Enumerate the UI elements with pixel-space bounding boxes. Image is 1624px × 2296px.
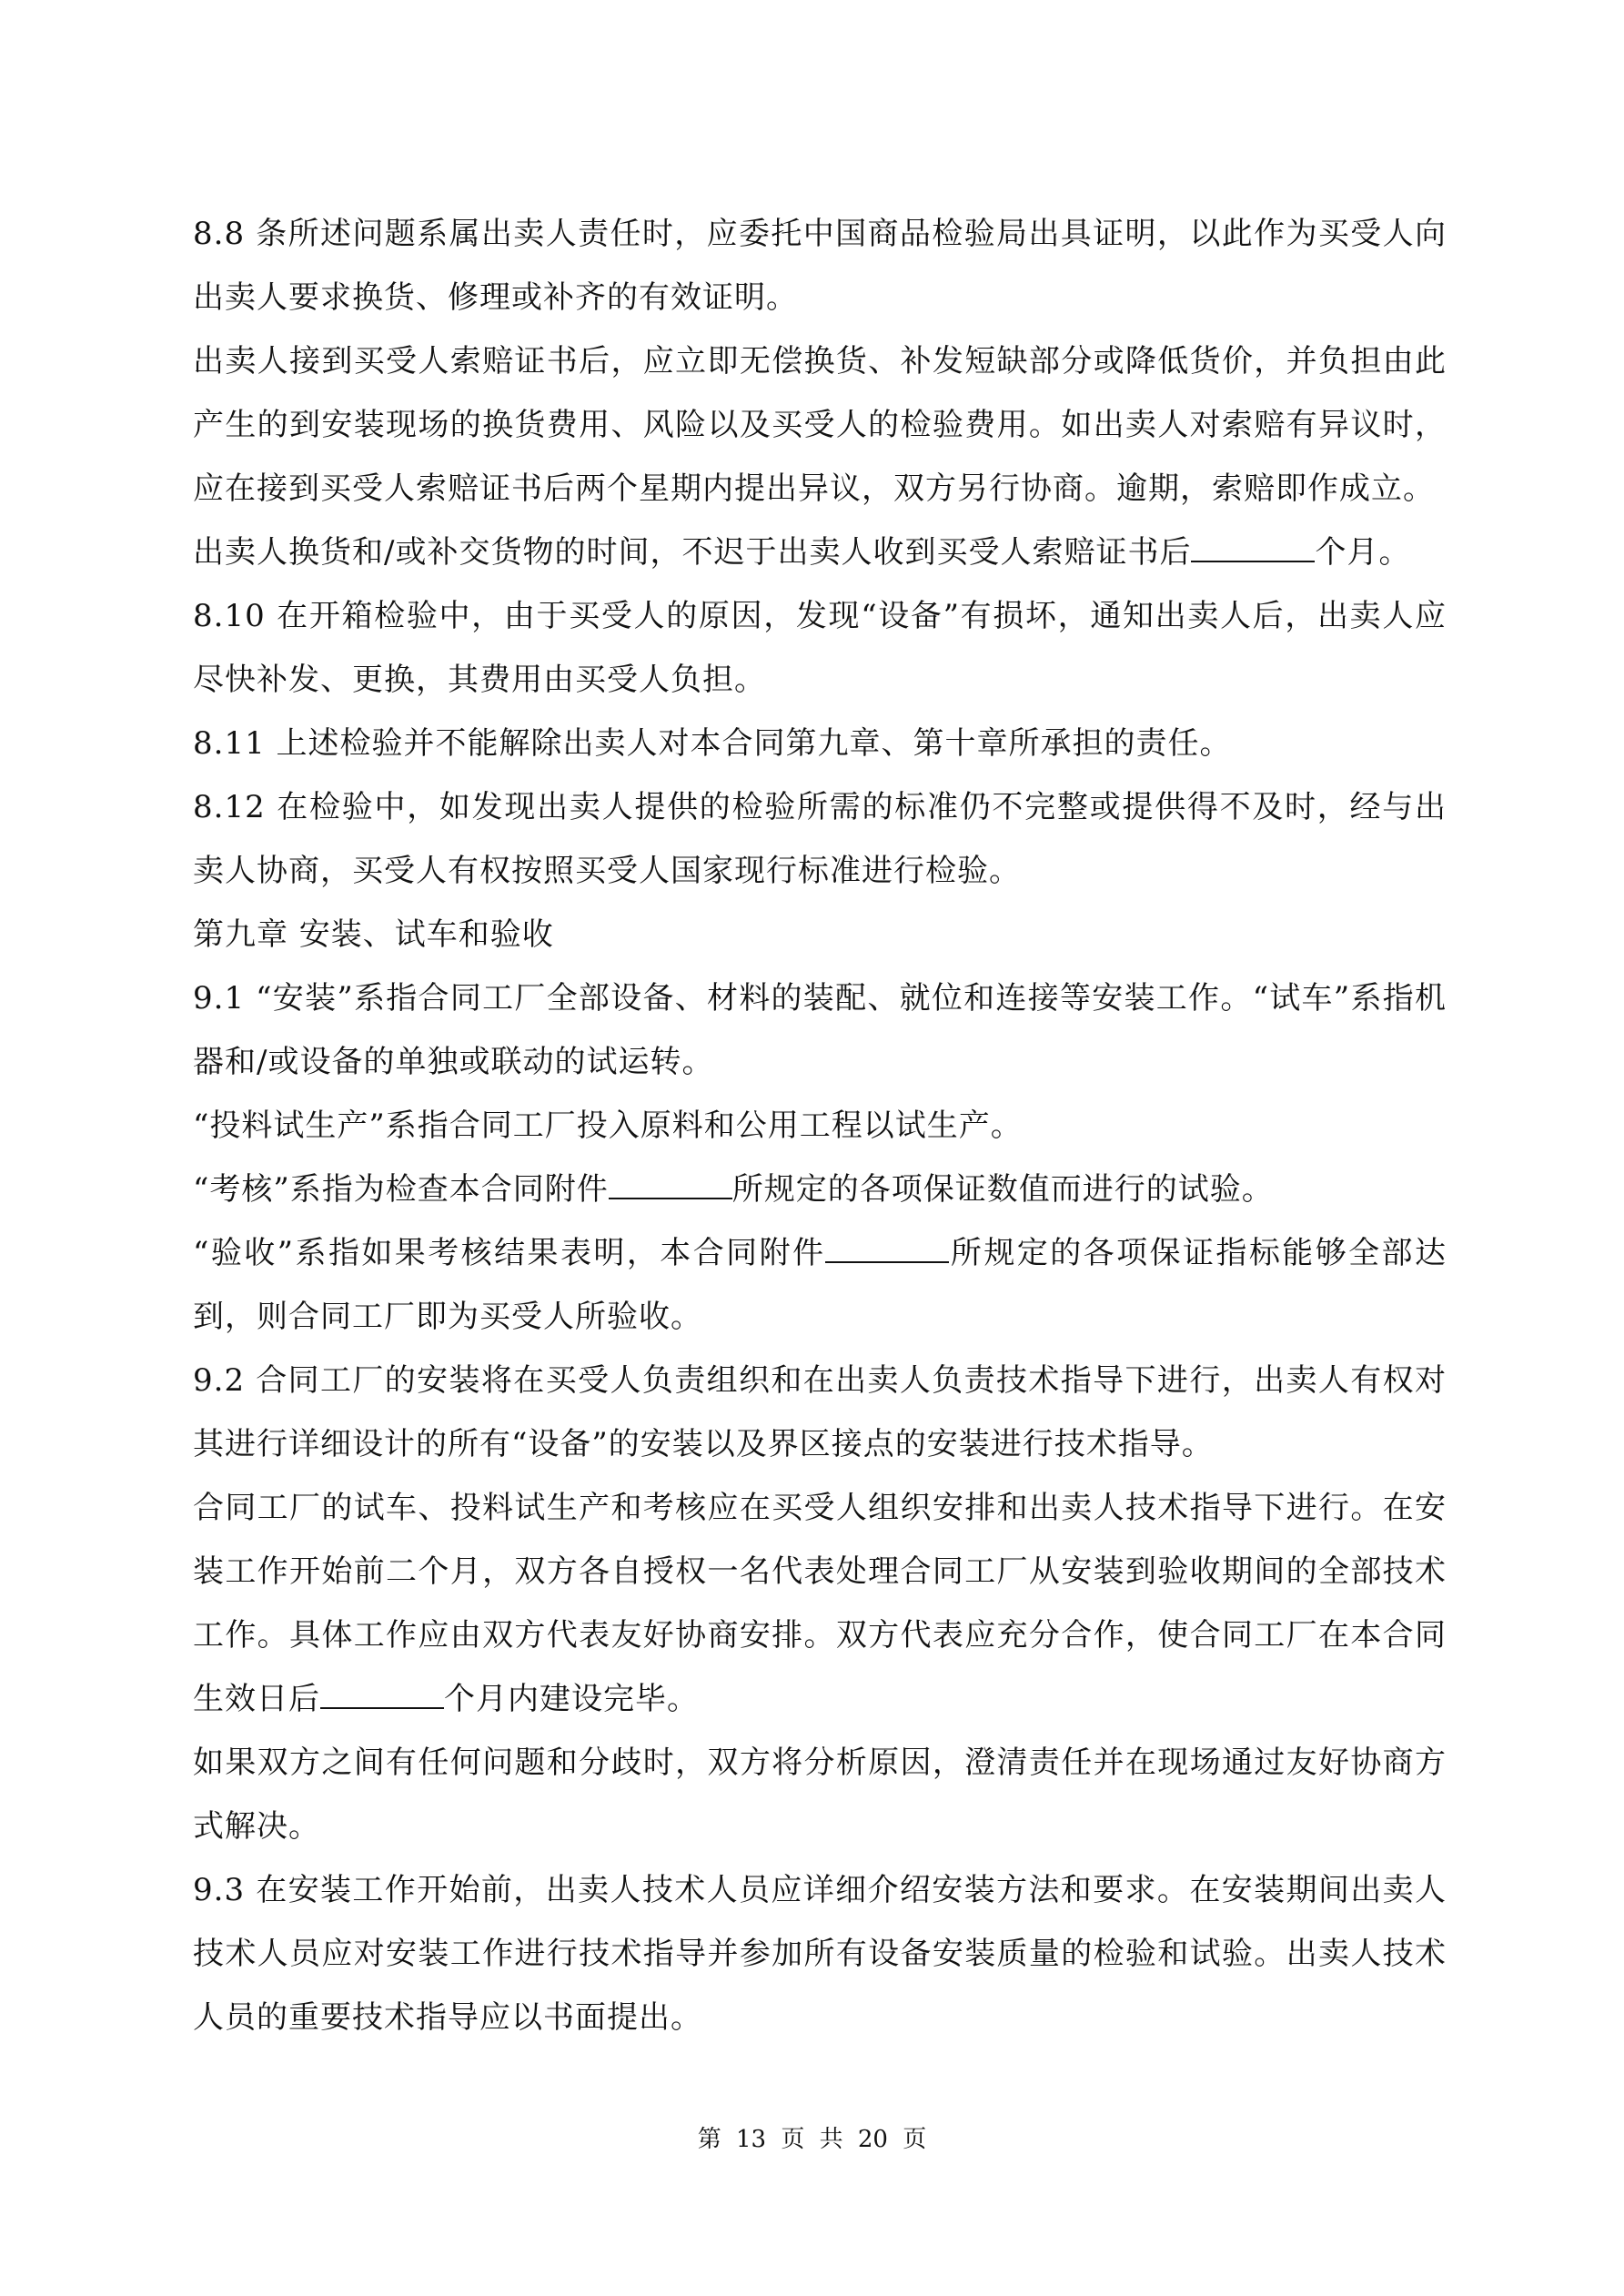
text-before-blank: “验收”系指如果考核结果表明，本合同附件 <box>193 1235 825 1271</box>
definition-acceptance: “验收”系指如果考核结果表明，本合同附件所规定的各项保证指标能够全部达到，则合同… <box>193 1221 1447 1349</box>
fill-in-blank <box>609 1170 732 1199</box>
text-after-blank: 所规定的各项保证数值而进行的试验。 <box>732 1171 1274 1208</box>
clause-8-10: 8.10 在开箱检验中，由于买受人的原因，发现“设备”有损坏，通知出卖人后，出卖… <box>193 584 1447 712</box>
clause-9-1: 9.1 “安装”系指合同工厂全部设备、材料的装配、就位和连接等安装工作。“试车”… <box>193 966 1447 1094</box>
page-number-footer: 第 13 页 共 20 页 <box>0 2120 1624 2154</box>
text-before-blank: 出卖人换货和/或补交货物的时间，不迟于出卖人收到买受人索赔证书后 <box>193 534 1191 571</box>
fill-in-blank <box>320 1680 444 1709</box>
clause-9-3: 9.3 在安装工作开始前，出卖人技术人员应详细介绍安装方法和要求。在安装期间出卖… <box>193 1858 1447 2049</box>
fill-in-blank <box>1191 533 1315 562</box>
chapter-9-heading: 第九章 安装、试车和验收 <box>193 903 1447 966</box>
paragraph-claim-handling: 出卖人接到买受人索赔证书后，应立即无偿换货、补发短缺部分或降低货价，并负担由此产… <box>193 329 1447 521</box>
document-body: 8.8 条所述问题系属出卖人责任时，应委托中国商品检验局出具证明，以此作为买受人… <box>193 202 1447 2049</box>
paragraph-dispute-resolution: 如果双方之间有任何问题和分歧时，双方将分析原因，澄清责任并在现场通过友好协商方式… <box>193 1731 1447 1858</box>
fill-in-blank <box>825 1234 949 1263</box>
paragraph-commissioning: 合同工厂的试车、投料试生产和考核应在买受人组织安排和出卖人技术指导下进行。在安装… <box>193 1476 1447 1731</box>
text-after-blank: 个月内建设完毕。 <box>444 1681 699 1717</box>
clause-9-2: 9.2 合同工厂的安装将在买受人负责组织和在出卖人负责技术指导下进行，出卖人有权… <box>193 1349 1447 1476</box>
paragraph-replacement-time: 出卖人换货和/或补交货物的时间，不迟于出卖人收到买受人索赔证书后个月。 <box>193 521 1447 584</box>
document-page: 8.8 条所述问题系属出卖人责任时，应委托中国商品检验局出具证明，以此作为买受人… <box>0 0 1624 2296</box>
clause-8-11: 8.11 上述检验并不能解除出卖人对本合同第九章、第十章所承担的责任。 <box>193 712 1447 775</box>
text-after-blank: 个月。 <box>1315 534 1410 571</box>
definition-assessment: “考核”系指为检查本合同附件所规定的各项保证数值而进行的试验。 <box>193 1158 1447 1221</box>
text-before-blank: “考核”系指为检查本合同附件 <box>193 1171 609 1208</box>
definition-trial-production: “投料试生产”系指合同工厂投入原料和公用工程以试生产。 <box>193 1094 1447 1158</box>
clause-8-8: 8.8 条所述问题系属出卖人责任时，应委托中国商品检验局出具证明，以此作为买受人… <box>193 202 1447 329</box>
clause-8-12: 8.12 在检验中，如发现出卖人提供的检验所需的标准仍不完整或提供得不及时，经与… <box>193 775 1447 903</box>
